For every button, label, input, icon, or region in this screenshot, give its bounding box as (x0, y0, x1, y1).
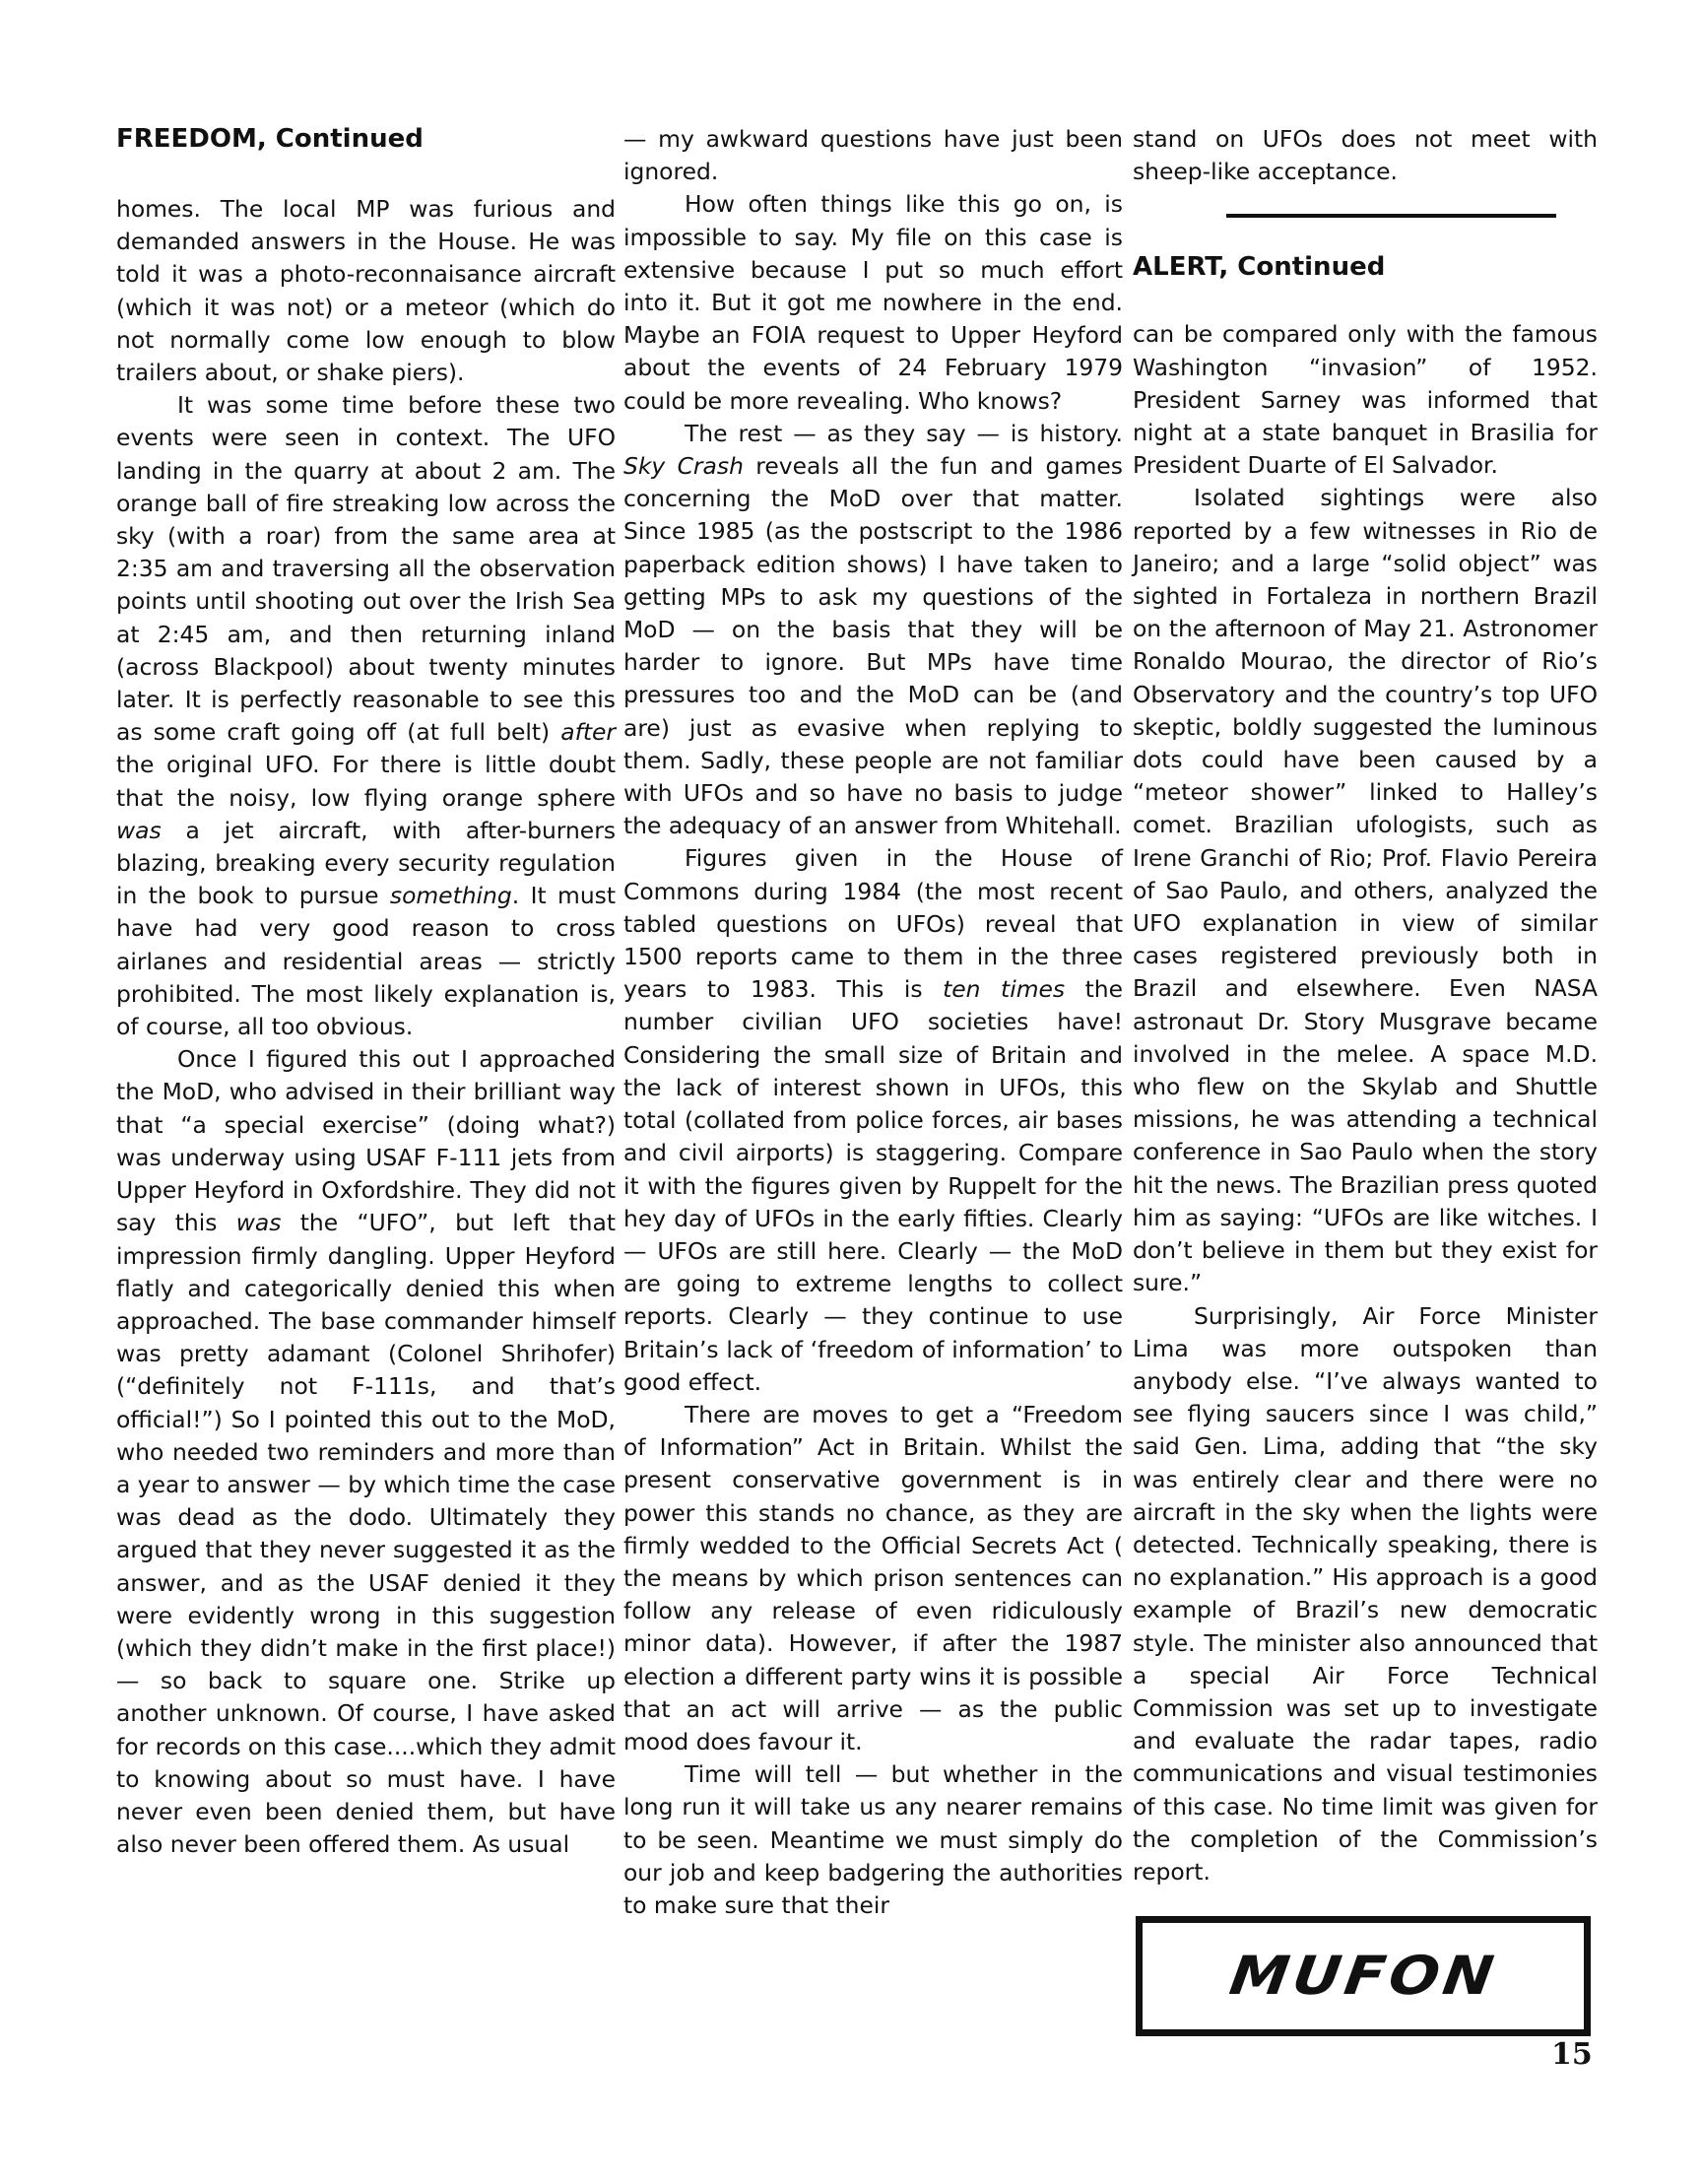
column-1: FREEDOM, Continued homes. The local MP w… (116, 123, 616, 1861)
book-title: Sky Crash (623, 452, 744, 480)
paragraph: Surprisingly, Air Force Minister Lima wa… (1133, 1300, 1598, 1889)
paragraph: The rest — as they say — is history. Sky… (623, 418, 1123, 843)
paragraph-text: It was some time before these two events… (116, 391, 616, 746)
emphasis-text: ten times (943, 975, 1065, 1003)
section-divider (1226, 214, 1556, 218)
section-heading-alert: ALERT, Continued (1133, 251, 1598, 284)
paragraph: How often things like this go on, is imp… (623, 188, 1123, 417)
paragraph: stand on UFOs does not meet with sheep-l… (1133, 123, 1598, 188)
paragraph-text: the “UFO”, but left that impression firm… (116, 1209, 616, 1858)
emphasis-text: something (390, 882, 512, 909)
paragraph-text: the original UFO. For there is little do… (116, 751, 616, 811)
paragraph: It was some time before these two events… (116, 389, 616, 1043)
emphasis-text: was (116, 817, 162, 844)
paragraph: There are moves to get a “Freedom of Inf… (623, 1399, 1123, 1758)
paragraph: Isolated sightings were also reported by… (1133, 482, 1598, 1299)
column-3: stand on UFOs does not meet with sheep-l… (1133, 123, 1598, 1888)
section-heading-freedom: FREEDOM, Continued (116, 123, 616, 156)
paragraph: Once I figured this out I approached the… (116, 1043, 616, 1861)
paragraph-text: reveals all the fun and games concerning… (623, 452, 1123, 839)
paragraph: — my awkward questions have just been ig… (623, 123, 1123, 188)
paragraph: can be compared only with the famous Was… (1133, 318, 1598, 482)
paragraph-text: the number civilian UFO societies have! … (623, 975, 1123, 1395)
paragraph: homes. The local MP was furious and dema… (116, 193, 616, 389)
mufon-logo: MUFON (1136, 1916, 1591, 2036)
page-number: 15 (1551, 2037, 1593, 2072)
emphasis-text: was (236, 1209, 282, 1236)
emphasis-text: after (560, 718, 616, 746)
paragraph: Figures given in the House of Commons du… (623, 842, 1123, 1398)
column-2: — my awkward questions have just been ig… (623, 123, 1123, 1922)
paragraph-text: The rest — as they say — is history. (685, 420, 1123, 447)
paragraph: Time will tell — but whether in the long… (623, 1758, 1123, 1922)
mufon-logo-text: MUFON (1225, 1946, 1500, 2008)
